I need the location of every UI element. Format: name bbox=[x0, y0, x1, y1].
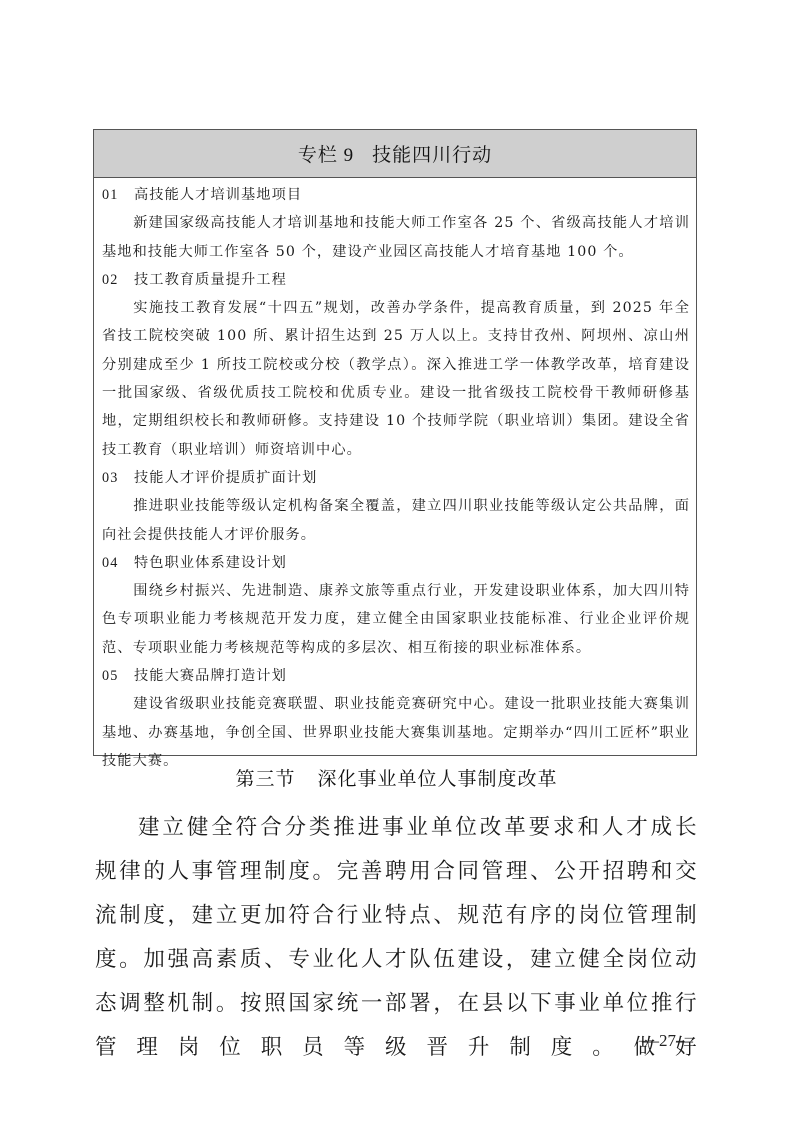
item-title: 高技能人才培训基地项目 bbox=[134, 181, 302, 209]
item-heading: 01 高技能人才培训基地项目 bbox=[102, 181, 690, 209]
item-title: 特色职业体系建设计划 bbox=[134, 549, 287, 577]
box-item: 03 技能人才评价提质扩面计划 推进职业技能等级认定机构备案全覆盖，建立四川职业… bbox=[102, 464, 690, 549]
box-item: 02 技工教育质量提升工程 实施技工教育发展“十四五”规划，改善办学条件，提高教… bbox=[102, 266, 690, 464]
box-body: 01 高技能人才培训基地项目 新建国家级高技能人才培训基地和技能大师工作室各 2… bbox=[94, 178, 696, 775]
feature-box: 专栏 9 技能四川行动 01 高技能人才培训基地项目 新建国家级高技能人才培训基… bbox=[93, 129, 697, 756]
box-item: 01 高技能人才培训基地项目 新建国家级高技能人才培训基地和技能大师工作室各 2… bbox=[102, 181, 690, 266]
body-paragraph: 建立健全符合分类推进事业单位改革要求和人才成长规律的人事管理制度。完善聘用合同管… bbox=[95, 806, 699, 1070]
page-number: —27— bbox=[642, 1031, 693, 1051]
section-heading: 第三节深化事业单位人事制度改革 bbox=[0, 764, 793, 791]
box-item: 04 特色职业体系建设计划 围绕乡村振兴、先进制造、康养文旅等重点行业，开发建设… bbox=[102, 549, 690, 662]
item-text: 围绕乡村振兴、先进制造、康养文旅等重点行业，开发建设职业体系，加大四川特色专项职… bbox=[102, 577, 690, 662]
item-heading: 05 技能大赛品牌打造计划 bbox=[102, 662, 690, 690]
section-title: 深化事业单位人事制度改革 bbox=[318, 768, 558, 790]
item-text: 新建国家级高技能人才培训基地和技能大师工作室各 25 个、省级高技能人才培训基地… bbox=[102, 209, 690, 266]
item-title: 技工教育质量提升工程 bbox=[134, 266, 287, 294]
item-number: 01 bbox=[102, 181, 134, 209]
item-text: 推进职业技能等级认定机构备案全覆盖，建立四川职业技能等级认定公共品牌，面向社会提… bbox=[102, 492, 690, 549]
item-number: 02 bbox=[102, 266, 134, 294]
box-number: 专栏 9 bbox=[298, 140, 354, 167]
item-text: 建设省级职业技能竞赛联盟、职业技能竞赛研究中心。建设一批职业技能大赛集训基地、办… bbox=[102, 690, 690, 775]
item-heading: 03 技能人才评价提质扩面计划 bbox=[102, 464, 690, 492]
box-item: 05 技能大赛品牌打造计划 建设省级职业技能竞赛联盟、职业技能竞赛研究中心。建设… bbox=[102, 662, 690, 775]
section-number: 第三节 bbox=[235, 768, 295, 790]
item-heading: 02 技工教育质量提升工程 bbox=[102, 266, 690, 294]
item-text: 实施技工教育发展“十四五”规划，改善办学条件，提高教育质量，到 2025 年全省… bbox=[102, 294, 690, 464]
box-title: 技能四川行动 bbox=[372, 140, 492, 167]
item-title: 技能人才评价提质扩面计划 bbox=[134, 464, 317, 492]
box-header: 专栏 9 技能四川行动 bbox=[94, 130, 696, 178]
item-number: 03 bbox=[102, 464, 134, 492]
item-number: 04 bbox=[102, 549, 134, 577]
item-heading: 04 特色职业体系建设计划 bbox=[102, 549, 690, 577]
item-number: 05 bbox=[102, 662, 134, 690]
item-title: 技能大赛品牌打造计划 bbox=[134, 662, 287, 690]
